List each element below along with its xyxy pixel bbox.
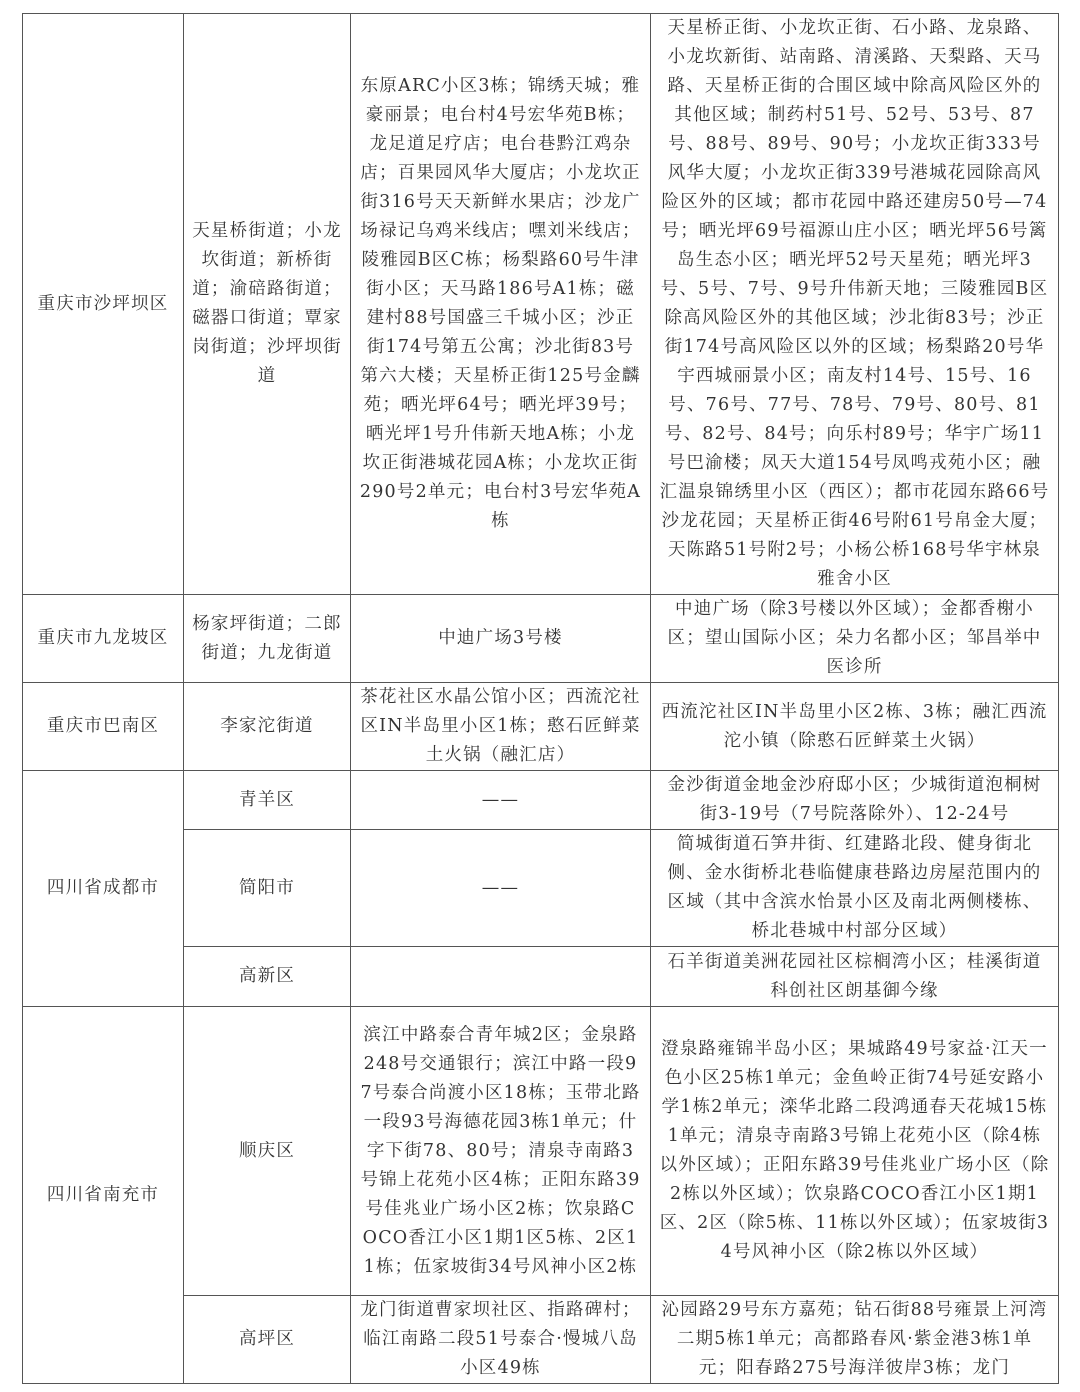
district-cell: 高新区 — [184, 947, 351, 1007]
district-cell: 天星桥街道；小龙坎街道；新桥街道；渝碚路街道；磁器口街道；覃家岗街道；沙坪坝街道 — [184, 14, 351, 595]
low-risk-cell: 澄泉路雍锦半岛小区；果城路49号家益·江天一色小区25栋1单元；金鱼岭正街74号… — [651, 1007, 1059, 1296]
medium-risk-cell: 滨江中路泰合青年城2区；金泉路248号交通银行；滨江中路一段97号泰合尚渡小区1… — [351, 1007, 651, 1296]
medium-risk-cell: —— — [351, 771, 651, 830]
table-row: 四川省成都市 青羊区 —— 金沙街道金地金沙府邸小区；少城街道泡桐树街3-19号… — [23, 771, 1059, 830]
district-cell: 高坪区 — [184, 1296, 351, 1384]
medium-risk-cell — [351, 947, 651, 1007]
low-risk-cell: 天星桥正街、小龙坎正街、石小路、龙泉路、小龙坎新街、站南路、清溪路、天梨路、天马… — [651, 14, 1059, 595]
medium-risk-cell: 茶花社区水晶公馆小区；西流沱社区IN半岛里小区1栋；憨石匠鲜菜土火锅（融汇店） — [351, 683, 651, 771]
low-risk-cell: 沁园路29号东方嘉苑；钻石街88号雍景上河湾二期5栋1单元；高都路春风·紫金港3… — [651, 1296, 1059, 1384]
low-risk-cell: 简城街道石笋井街、红建路北段、健身街北侧、金水街桥北巷临健康巷路边房屋范围内的区… — [651, 830, 1059, 947]
district-cell: 杨家坪街道；二郎街道；九龙街道 — [184, 595, 351, 683]
table-row: 重庆市九龙坡区 杨家坪街道；二郎街道；九龙街道 中迪广场3号楼 中迪广场（除3号… — [23, 595, 1059, 683]
city-cell: 重庆市沙坪坝区 — [23, 14, 184, 595]
table-row: 四川省南充市 顺庆区 滨江中路泰合青年城2区；金泉路248号交通银行；滨江中路一… — [23, 1007, 1059, 1296]
medium-risk-cell: —— — [351, 830, 651, 947]
city-cell: 重庆市九龙坡区 — [23, 595, 184, 683]
city-cell: 四川省南充市 — [23, 1007, 184, 1384]
city-cell: 四川省成都市 — [23, 771, 184, 1007]
table-row: 重庆市沙坪坝区 天星桥街道；小龙坎街道；新桥街道；渝碚路街道；磁器口街道；覃家岗… — [23, 14, 1059, 595]
district-cell: 李家沱街道 — [184, 683, 351, 771]
low-risk-cell: 金沙街道金地金沙府邸小区；少城街道泡桐树街3-19号（7号院落除外）、12-24… — [651, 771, 1059, 830]
medium-risk-cell: 中迪广场3号楼 — [351, 595, 651, 683]
medium-risk-cell: 东原ARC小区3栋；锦绣天城；雅豪丽景；电台村4号宏华苑B栋；龙足道足疗店；电台… — [351, 14, 651, 595]
low-risk-cell: 中迪广场（除3号楼以外区域）；金都香榭小区；望山国际小区；朵力名都小区；邹昌举中… — [651, 595, 1059, 683]
district-cell: 青羊区 — [184, 771, 351, 830]
medium-risk-cell: 龙门街道曹家坝社区、指路碑村；临江南路二段51号泰合·慢城八岛小区49栋 — [351, 1296, 651, 1384]
low-risk-cell: 石羊街道美洲花园社区棕榈湾小区；桂溪街道科创社区朗基御今缘 — [651, 947, 1059, 1007]
low-risk-cell: 西流沱社区IN半岛里小区2栋、3栋；融汇西流沱小镇（除憨石匠鲜菜土火锅） — [651, 683, 1059, 771]
risk-area-table: 重庆市沙坪坝区 天星桥街道；小龙坎街道；新桥街道；渝碚路街道；磁器口街道；覃家岗… — [22, 13, 1059, 1384]
city-cell: 重庆市巴南区 — [23, 683, 184, 771]
table-row: 重庆市巴南区 李家沱街道 茶花社区水晶公馆小区；西流沱社区IN半岛里小区1栋；憨… — [23, 683, 1059, 771]
district-cell: 简阳市 — [184, 830, 351, 947]
district-cell: 顺庆区 — [184, 1007, 351, 1296]
